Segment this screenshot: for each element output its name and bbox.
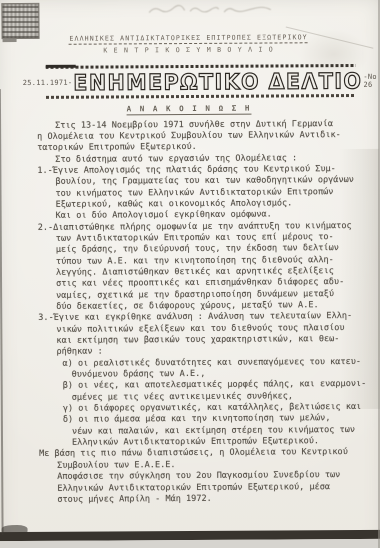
body-line: στους μήνες Απρίλη - Μάη 1972. [39,493,355,506]
scanned-document-page: ΕΛΛΗΝΙΚΕΣ ΑΝΤΙΔΙΚΤΑΤΟΡΙΚΕΣ ΕΠΙΤΡΟΠΕΣ ΕΞΩ… [0,0,380,548]
scanner-background-strip [0,539,380,548]
bulletin-title: ΕΝΗΜΕΡΩΤΙΚΟ ΔΕΛΤΙΟ [73,68,362,95]
body-line: του κινήματος των Ελληνικών Αντιδικτατορ… [37,187,353,200]
issue-number: -Νο 26 [363,73,377,89]
paper-wrapper: ΕΛΛΗΝΙΚΕΣ ΑΝΤΙΔΙΚΤΑΤΟΡΙΚΕΣ ΕΠΙΤΡΟΠΕΣ ΕΞΩ… [0,0,380,548]
handwritten-annotation [146,1,276,18]
masthead-rule-accent [46,64,76,68]
archive-stamp-icon [1,3,39,39]
body-text: Στις 13-14 Νοεμβρίου 1971 συνήλθε στην Δ… [37,119,355,507]
body-line: Ελληνικών Αντιδικτατορικών Επιτροπών Εξω… [39,481,355,494]
body-line: β) οι νέες, και αποτελεσματικές μορφές π… [39,379,355,392]
body-line: και εκτίμηση των βασικών τους χαρακτηρισ… [38,334,354,347]
issue-date: 25.11.1971- [23,79,73,87]
stamp-mark [3,39,17,42]
body-line: Με βάση τις πιο πάνω διαπιστώσεις, η Ολο… [39,447,355,460]
masthead: 25.11.1971- ΕΝΗΜΕΡΩΤΙΚΟ ΔΕΛΤΙΟ -Νο 26 [39,68,361,96]
